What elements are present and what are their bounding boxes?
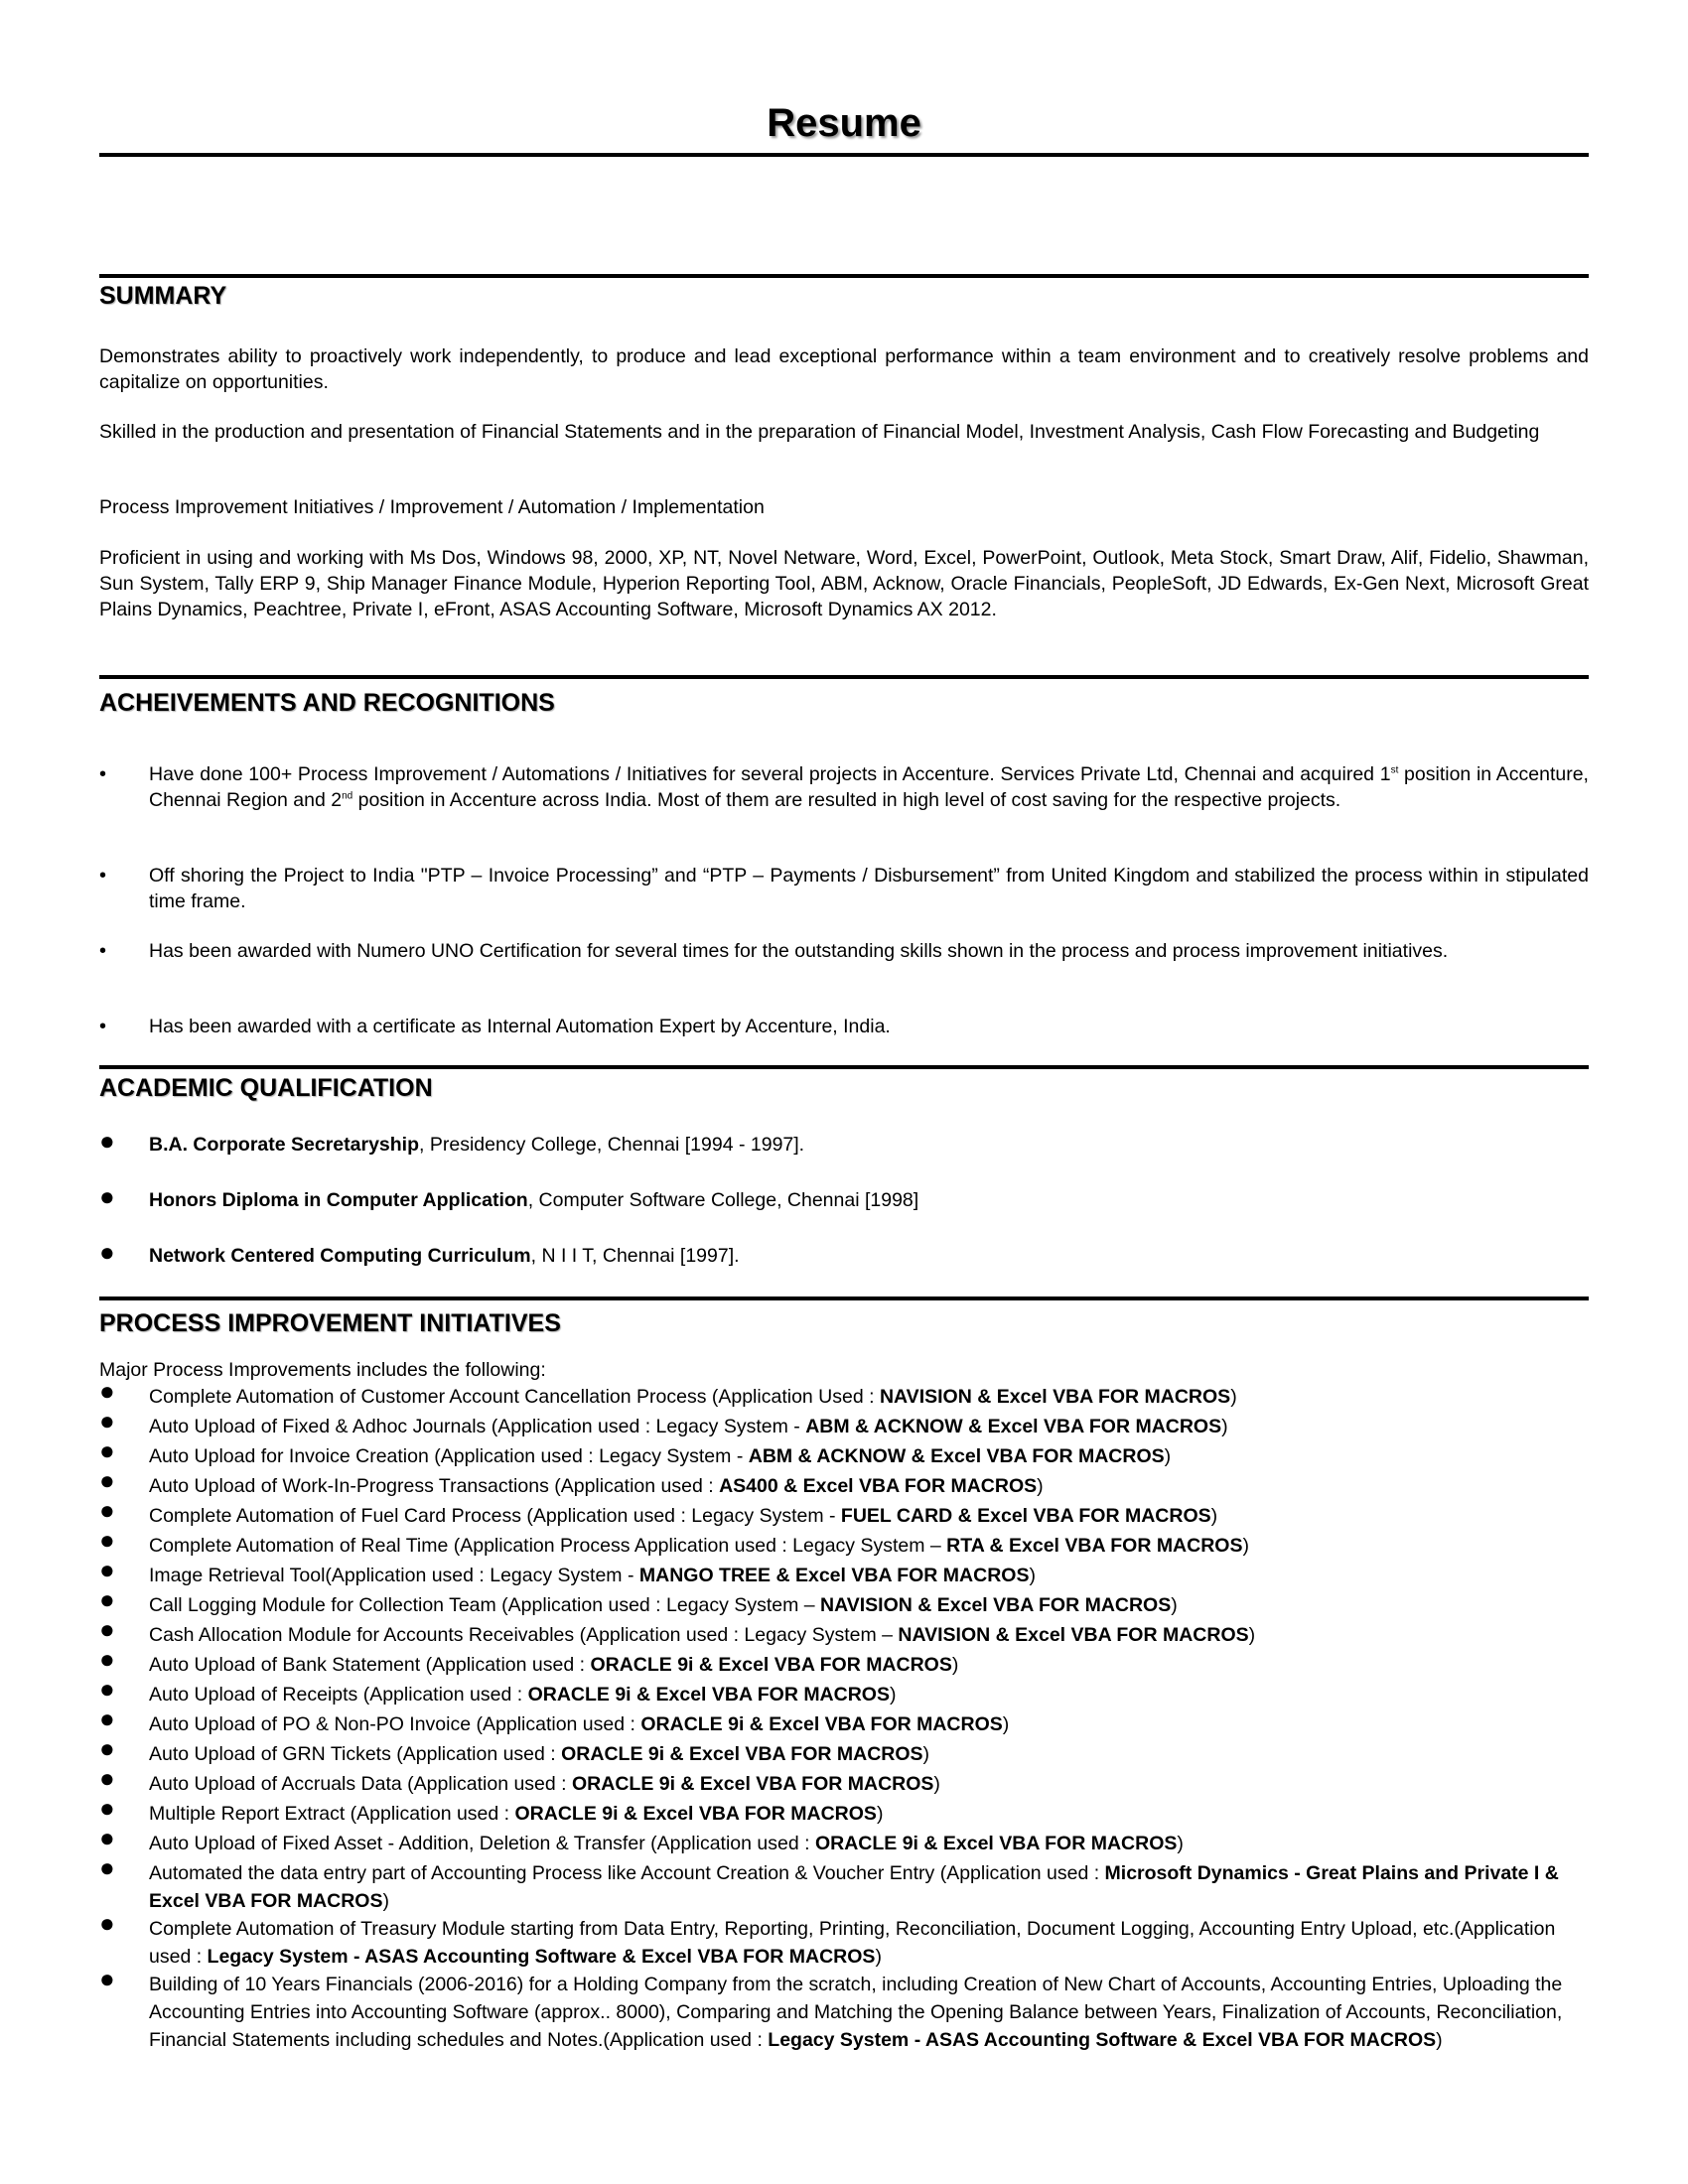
application-name: Legacy System - ASAS Accounting Software… — [768, 2029, 1436, 2051]
process-improvement-text: Auto Upload of Receipts (Application use… — [149, 1681, 1569, 1708]
bullet-icon: ● — [99, 1794, 115, 1822]
summary-paragraph: Demonstrates ability to proactively work… — [99, 343, 1589, 395]
process-improvement-text: Complete Automation of Treasury Module s… — [149, 1915, 1569, 1971]
application-name: ORACLE 9i & Excel VBA FOR MACROS — [815, 1833, 1177, 1854]
process-improvement-text: Auto Upload of Fixed Asset - Addition, D… — [149, 1830, 1569, 1857]
section-rule — [99, 675, 1589, 679]
application-name: NAVISION & Excel VBA FOR MACROS — [820, 1594, 1171, 1616]
section-rule — [99, 1297, 1589, 1300]
application-name: ORACLE 9i & Excel VBA FOR MACROS — [590, 1654, 951, 1676]
process-improvement-text: Image Retrieval Tool(Application used : … — [149, 1562, 1569, 1589]
title-rule — [99, 153, 1589, 157]
bullet-icon: ● — [99, 1909, 115, 1937]
bullet-icon: ● — [99, 1239, 119, 1265]
process-improvement-text: Auto Upload of Bank Statement (Applicati… — [149, 1651, 1569, 1679]
section-heading-academics: ACADEMIC QUALIFICATION — [99, 1073, 433, 1103]
application-name: ORACLE 9i & Excel VBA FOR MACROS — [640, 1713, 1002, 1735]
bullet-icon: ● — [99, 1734, 115, 1762]
section-heading-summary: SUMMARY — [99, 281, 226, 311]
section-heading-process-improvements: PROCESS IMPROVEMENT INITIATIVES — [99, 1308, 561, 1338]
process-improvement-text: Auto Upload for Invoice Creation (Applic… — [149, 1442, 1569, 1470]
bullet-icon: ● — [99, 1645, 115, 1673]
process-improvement-text: Auto Upload of Fixed & Adhoc Journals (A… — [149, 1413, 1569, 1440]
achievement-text: Off shoring the Project to India "PTP – … — [149, 863, 1589, 914]
process-improvement-text: Auto Upload of Accruals Data (Applicatio… — [149, 1770, 1569, 1798]
application-name: NAVISION & Excel VBA FOR MACROS — [898, 1624, 1248, 1646]
achievement-text: Has been awarded with a certificate as I… — [149, 1014, 1589, 1039]
process-improvement-text: Call Logging Module for Collection Team … — [149, 1591, 1569, 1619]
application-name: ORACLE 9i & Excel VBA FOR MACROS — [561, 1743, 922, 1765]
bullet-icon: ● — [99, 1436, 115, 1464]
section-rule — [99, 1065, 1589, 1069]
degree-name: B.A. Corporate Secretaryship — [149, 1134, 419, 1156]
bullet-icon: ● — [99, 1526, 115, 1554]
application-name: ORACLE 9i & Excel VBA FOR MACROS — [515, 1803, 877, 1825]
bullet-icon: ● — [99, 1764, 115, 1792]
bullet-icon: • — [99, 1014, 119, 1039]
bullet-icon: ● — [99, 1556, 115, 1583]
section-rule — [99, 274, 1589, 278]
bullet-icon: ● — [99, 1128, 119, 1154]
application-name: ABM & ACKNOW & Excel VBA FOR MACROS — [749, 1445, 1165, 1467]
bullet-icon: ● — [99, 1853, 115, 1881]
application-name: FUEL CARD & Excel VBA FOR MACROS — [841, 1505, 1211, 1527]
degree-name: Honors Diploma in Computer Application — [149, 1189, 528, 1211]
application-name: MANGO TREE & Excel VBA FOR MACROS — [639, 1565, 1030, 1586]
process-improvement-text: Complete Automation of Real Time (Applic… — [149, 1532, 1569, 1560]
bullet-icon: ● — [99, 1585, 115, 1613]
bullet-icon: • — [99, 761, 119, 787]
process-improvement-text: Auto Upload of GRN Tickets (Application … — [149, 1740, 1569, 1768]
summary-paragraph: Process Improvement Initiatives / Improv… — [99, 494, 1589, 520]
document-title: Resume — [99, 99, 1589, 147]
bullet-icon: ● — [99, 1824, 115, 1851]
process-improvement-text: Auto Upload of Work-In-Progress Transact… — [149, 1472, 1569, 1500]
bullet-icon: ● — [99, 1183, 119, 1209]
degree-details: , Presidency College, Chennai [1994 - 19… — [419, 1134, 804, 1156]
process-improvement-text: Auto Upload of PO & Non-PO Invoice (Appl… — [149, 1710, 1569, 1738]
bullet-icon: ● — [99, 1407, 115, 1434]
bullet-icon: ● — [99, 1377, 115, 1405]
application-name: NAVISION & Excel VBA FOR MACROS — [880, 1386, 1230, 1408]
process-improvement-text: Automated the data entry part of Account… — [149, 1859, 1569, 1915]
bullet-icon: ● — [99, 1675, 115, 1703]
bullet-icon: ● — [99, 1965, 115, 1992]
achievement-text: Has been awarded with Numero UNO Certifi… — [149, 938, 1589, 964]
summary-paragraph: Skilled in the production and presentati… — [99, 419, 1589, 445]
application-name: RTA & Excel VBA FOR MACROS — [946, 1535, 1242, 1557]
process-improvement-text: Complete Automation of Fuel Card Process… — [149, 1502, 1569, 1530]
application-name: Legacy System - ASAS Accounting Software… — [208, 1946, 876, 1968]
process-improvement-text: Complete Automation of Customer Account … — [149, 1383, 1569, 1411]
application-name: ORACLE 9i & Excel VBA FOR MACROS — [528, 1684, 890, 1706]
bullet-icon: ● — [99, 1615, 115, 1643]
achievement-text: Have done 100+ Process Improvement / Aut… — [149, 761, 1589, 813]
bullet-icon: • — [99, 938, 119, 964]
bullet-icon: ● — [99, 1496, 115, 1524]
section-heading-achievements: ACHEIVEMENTS AND RECOGNITIONS — [99, 688, 555, 718]
process-improvement-text: Multiple Report Extract (Application use… — [149, 1800, 1569, 1828]
degree-details: , N I I T, Chennai [1997]. — [531, 1245, 740, 1267]
summary-paragraph: Proficient in using and working with Ms … — [99, 545, 1589, 622]
bullet-icon: • — [99, 863, 119, 888]
application-name: ABM & ACKNOW & Excel VBA FOR MACROS — [805, 1416, 1221, 1437]
process-intro: Major Process Improvements includes the … — [99, 1357, 1589, 1383]
application-name: ORACLE 9i & Excel VBA FOR MACROS — [572, 1773, 933, 1795]
process-improvement-text: Cash Allocation Module for Accounts Rece… — [149, 1621, 1569, 1649]
process-improvement-text: Building of 10 Years Financials (2006-20… — [149, 1971, 1569, 2054]
bullet-icon: ● — [99, 1466, 115, 1494]
degree-details: , Computer Software College, Chennai [19… — [528, 1189, 918, 1211]
degree-name: Network Centered Computing Curriculum — [149, 1245, 531, 1267]
application-name: AS400 & Excel VBA FOR MACROS — [719, 1475, 1037, 1497]
bullet-icon: ● — [99, 1705, 115, 1732]
